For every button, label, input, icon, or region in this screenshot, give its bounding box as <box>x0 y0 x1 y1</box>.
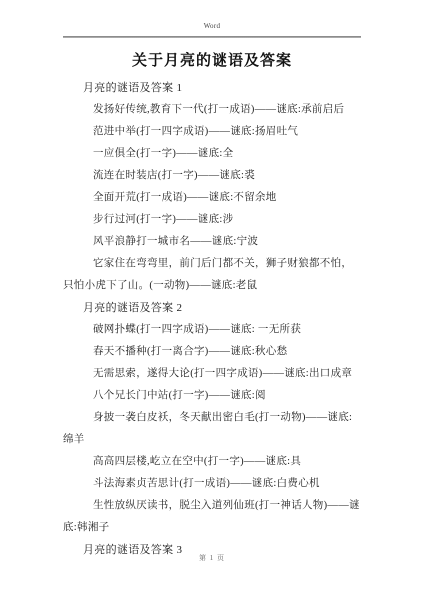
riddle-line: 范进中举(打一四字成语)——谜底:扬眉吐气 <box>63 121 361 143</box>
riddle-line: 无需思索，遂得大论(打一四字成语)——谜底:出口成章 <box>63 363 361 385</box>
document-title: 关于月亮的谜语及答案 <box>63 50 361 72</box>
header-divider <box>63 36 361 38</box>
riddle-line: 身披一袭白皮袄，冬天献出密白毛(打一动物)——谜底:绵羊 <box>63 407 361 451</box>
section-heading: 月亮的谜语及答案 2 <box>63 297 361 319</box>
riddle-line: 全面开荒(打一成语)——谜底:不留余地 <box>63 187 361 209</box>
riddle-line: 流连在时装店(打一字)——谜底:裘 <box>63 165 361 187</box>
page-header: Word <box>63 0 361 38</box>
riddle-line: 春天不播种(打一离合字)——谜底:秋心愁 <box>63 341 361 363</box>
page-number: 第 1 页 <box>0 553 424 563</box>
document-body: 月亮的谜语及答案 1发扬好传统,教育下一代(打一成语)——谜底:承前启后范进中举… <box>63 77 361 561</box>
word-app-label: Word <box>63 22 361 31</box>
riddle-line: 高高四层楼,屹立在空中(打一字)——谜底:具 <box>63 451 361 473</box>
section-heading: 月亮的谜语及答案 1 <box>63 77 361 99</box>
document-page: Word 关于月亮的谜语及答案 月亮的谜语及答案 1发扬好传统,教育下一代(打一… <box>0 0 424 600</box>
riddle-line: 一应俱全(打一字)——谜底:全 <box>63 143 361 165</box>
riddle-line: 发扬好传统,教育下一代(打一成语)——谜底:承前启后 <box>63 99 361 121</box>
riddle-line: 破网扑蝶(打一四字成语)——谜底: 一无所获 <box>63 319 361 341</box>
riddle-line: 步行过河(打一字)——谜底:涉 <box>63 209 361 231</box>
riddle-line: 八个兄长门中站(打一字)——谜底:阅 <box>63 385 361 407</box>
riddle-line: 生性放纵厌读书，脱尘入道列仙班(打一神话人物)——谜底:韩湘子 <box>63 495 361 539</box>
riddle-line: 斗法海素贞苦思计(打一成语)——谜底:白费心机 <box>63 473 361 495</box>
riddle-line: 风平浪静打一城市名——谜底:宁波 <box>63 231 361 253</box>
riddle-line: 它家住在弯弯里，前门后门都不关，狮子财狼都不怕，只怕小虎下了山。(一动物)——谜… <box>63 253 361 297</box>
